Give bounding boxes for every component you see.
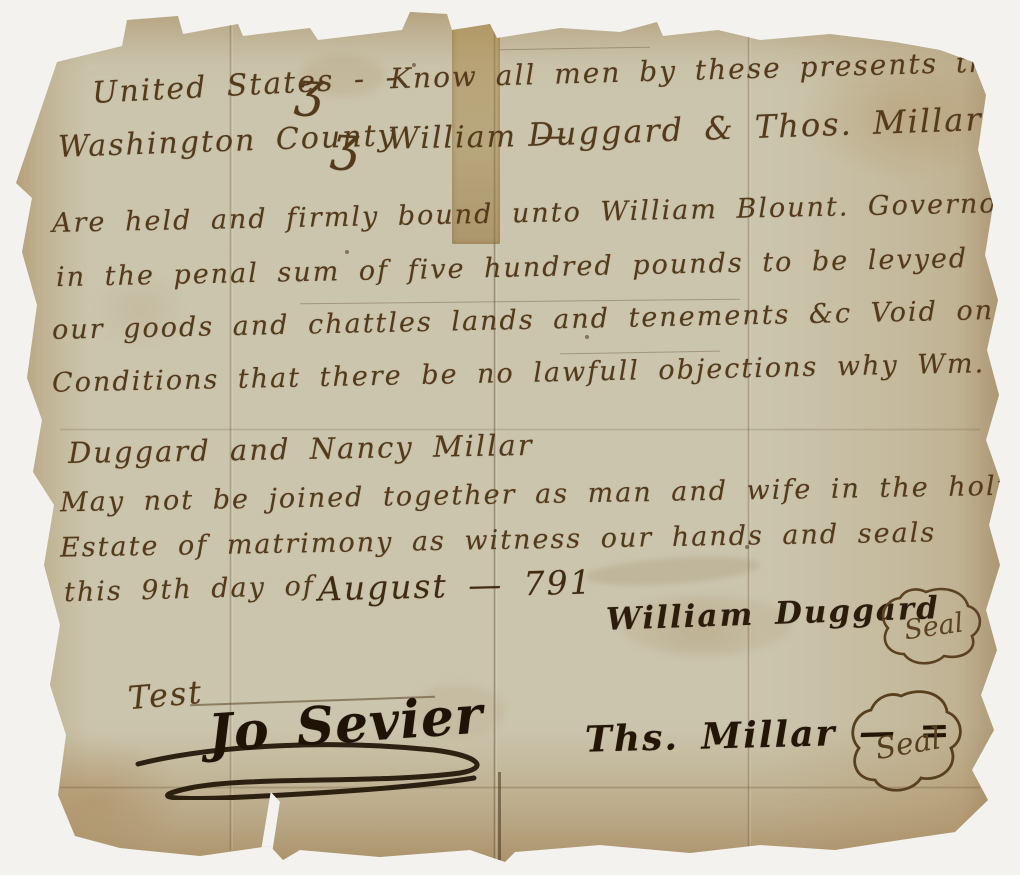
- brace-mark: ʒ: [330, 115, 361, 173]
- date-line-prefix: this 9th day of: [64, 571, 316, 609]
- seal-icon: Seal: [876, 584, 982, 668]
- attestation-label: Test: [126, 673, 204, 717]
- paper-sheet: United States - - ʒ Know all men by thes…: [0, 0, 1020, 875]
- paper-speck: [585, 335, 589, 339]
- paper-tear: [256, 791, 287, 859]
- seal-word: Seal: [902, 607, 965, 646]
- signature-flourish: [128, 738, 510, 800]
- ink-ghost: [584, 552, 760, 590]
- jurisdiction-line-1: United States - -: [91, 60, 398, 111]
- seal-word: Seal: [873, 721, 944, 767]
- brace-mark: ʒ: [294, 61, 325, 119]
- bond-line-penal-sum: in the penal sum of five hundred pounds …: [56, 242, 1020, 293]
- bond-line-bound: Are held and firmly bound unto William B…: [52, 188, 1013, 239]
- bond-line-estate: Estate of matrimony as witness our hands…: [60, 517, 937, 563]
- bond-line-joined: May not be joined together as man and wi…: [60, 471, 1014, 519]
- paper-speck: [345, 250, 349, 254]
- seal-icon: Seal: [845, 686, 967, 800]
- date-line-month-year: August — 791: [318, 562, 594, 608]
- bond-line-conditions: Conditions that there be no lawfull obje…: [52, 348, 986, 399]
- bond-line-goods: our goods and chattles lands and tenemen…: [52, 295, 995, 346]
- stray-line: [500, 47, 650, 51]
- party-name-duggard-millar: Duggard & Thos. Millar: [527, 100, 983, 154]
- bond-line-couple: Duggard and Nancy Millar: [68, 428, 534, 470]
- scanned-document: United States - - ʒ Know all men by thes…: [0, 0, 1020, 875]
